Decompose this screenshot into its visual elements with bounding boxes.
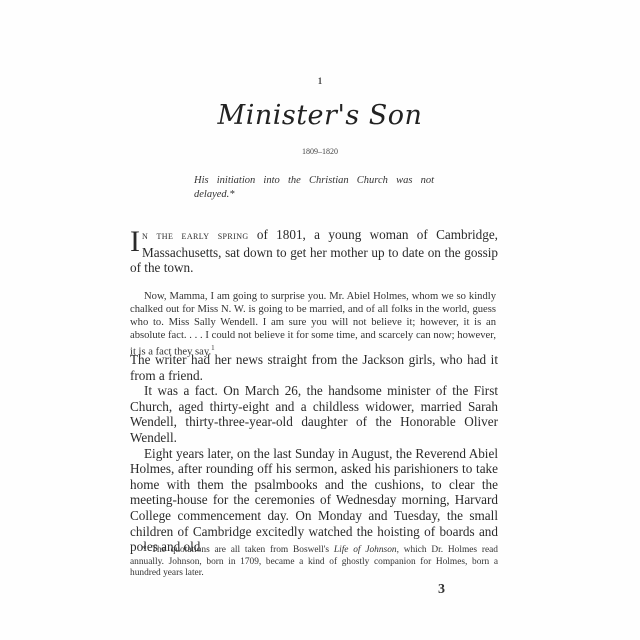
epigraph: His initiation into the Christian Church… [194, 174, 434, 202]
footnote: * The quotations are all taken from Bosw… [130, 545, 498, 580]
drop-cap: I [130, 230, 140, 254]
page-number: 3 [438, 582, 445, 598]
paragraph: It was a fact. On March 26, the handsome… [130, 383, 498, 445]
block-quotation: Now, Mamma, I am going to surprise you. … [130, 290, 496, 359]
chapter-title: Minister's Son [0, 100, 640, 131]
note-marker: 1 [211, 344, 215, 352]
chapter-dates: 1809–1820 [0, 147, 640, 156]
chapter-number: 1 [0, 76, 640, 86]
opening-small-caps: n the early spring [142, 230, 249, 242]
paragraph: The writer had her news straight from th… [130, 352, 498, 383]
paragraph: Eight years later, on the last Sunday in… [130, 446, 498, 555]
body-paragraphs: The writer had her news straight from th… [130, 352, 498, 555]
quotation-text: Now, Mamma, I am going to surprise you. … [130, 291, 496, 358]
footnote-book-title: Life of Johnson [334, 545, 397, 555]
opening-paragraph: In the early spring of 1801, a young wom… [130, 227, 498, 276]
footnote-text: The quotations are all taken from Boswel… [147, 545, 334, 555]
book-page: 1 Minister's Son 1809–1820 His initiatio… [0, 0, 640, 640]
